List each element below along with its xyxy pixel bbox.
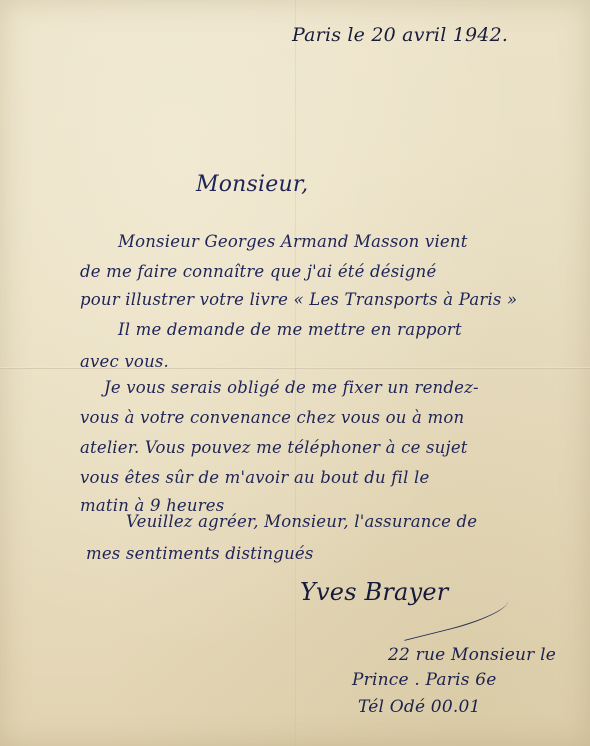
body-line: vous à votre convenance chez vous ou à m… bbox=[80, 408, 464, 427]
closing-line: mes sentiments distingués bbox=[86, 544, 314, 563]
body-line: atelier. Vous pouvez me téléphoner à ce … bbox=[80, 438, 468, 457]
address-line: 22 rue Monsieur le bbox=[388, 645, 556, 665]
vertical-fold-crease bbox=[295, 0, 296, 746]
body-line: avec vous. bbox=[80, 352, 169, 371]
body-line: Il me demande de me mettre en rapport bbox=[118, 320, 462, 339]
closing-line: Veuillez agréer, Monsieur, l'assurance d… bbox=[126, 512, 477, 531]
body-line: vous êtes sûr de m'avoir au bout du fil … bbox=[80, 468, 429, 487]
letter-page: Paris le 20 avril 1942. Monsieur, Monsie… bbox=[0, 0, 590, 746]
body-line: de me faire connaître que j'ai été désig… bbox=[80, 262, 436, 281]
body-line: pour illustrer votre livre « Les Transpo… bbox=[80, 290, 517, 309]
body-line: Je vous serais obligé de me fixer un ren… bbox=[104, 378, 479, 397]
salutation: Monsieur, bbox=[196, 172, 308, 197]
body-line: Monsieur Georges Armand Masson vient bbox=[118, 232, 468, 251]
phone-line: Tél Odé 00.01 bbox=[358, 697, 480, 717]
date-line: Paris le 20 avril 1942. bbox=[292, 24, 508, 46]
signature: Yves Brayer bbox=[300, 578, 448, 606]
address-line: Prince . Paris 6e bbox=[352, 670, 497, 690]
